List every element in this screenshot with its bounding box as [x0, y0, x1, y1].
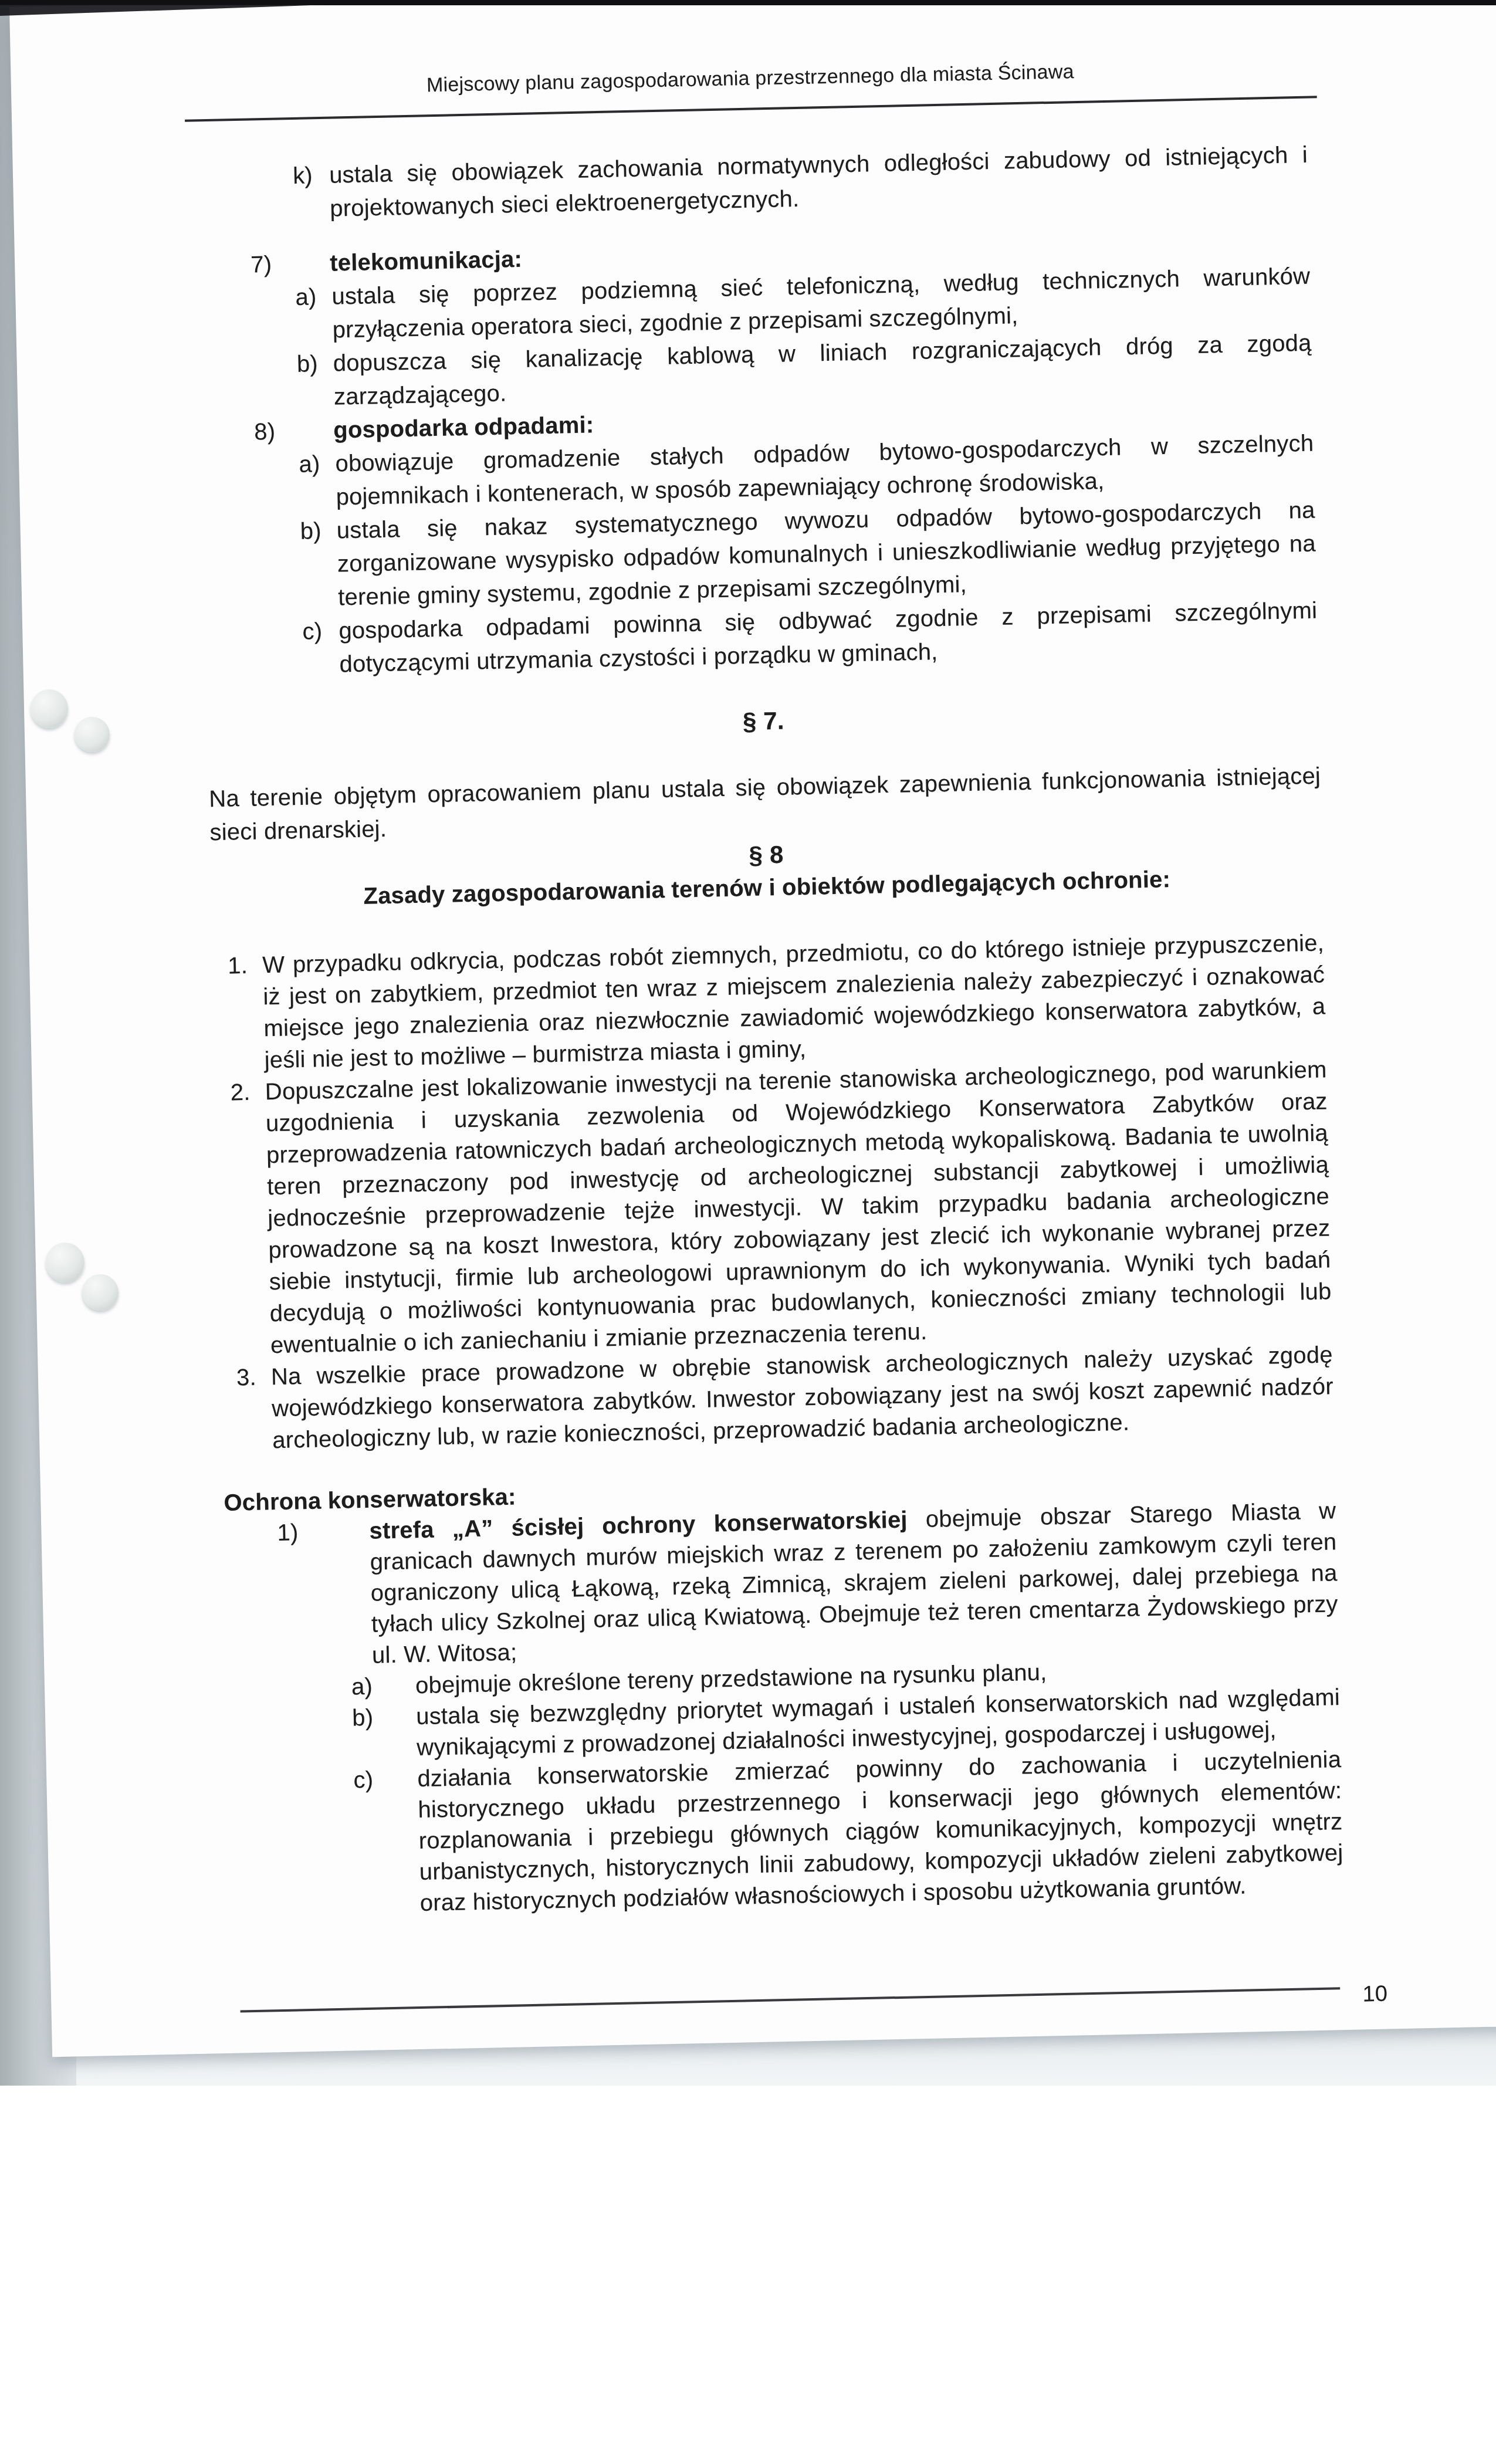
list-item-text: W przypadku odkrycia, podczas robót ziem…	[262, 930, 1326, 1073]
list-marker: 8)	[254, 415, 276, 449]
list-marker: c)	[353, 1765, 374, 1796]
section-7-heading: § 7.	[207, 693, 1319, 750]
list-item-text: ustala się nakaz systematycznego wywozu …	[336, 497, 1316, 611]
page-content: Miejscowy planu zagospodarowania przestr…	[192, 0, 1347, 2046]
punch-hole-blob	[31, 689, 68, 728]
list-marker: 7)	[251, 248, 272, 282]
list-item-text: Dopuszczalne jest lokalizowanie inwestyc…	[265, 1057, 1331, 1358]
footer-rule	[241, 1987, 1341, 2012]
scan-top-edge	[0, 0, 1496, 5]
list-marker: b)	[352, 1703, 374, 1734]
punch-hole-blob	[75, 717, 110, 752]
list-marker: 3.	[236, 1362, 256, 1394]
punch-hole-blob	[82, 1274, 119, 1311]
list-item-text: Na wszelkie prace prowadzone w obrębie s…	[271, 1342, 1334, 1453]
header-underline	[185, 96, 1317, 121]
list-item-k: k) ustala się obowiązek zachowania norma…	[196, 138, 1309, 229]
page-footer: 10	[235, 1987, 1347, 2046]
punch-hole-blob	[46, 1243, 84, 1282]
list-item-heading: gospodarka odpadami:	[333, 412, 594, 443]
screenshot-canvas: Miejscowy planu zagospodarowania przestr…	[0, 0, 1496, 2464]
running-header-title: Miejscowy planu zagospodarowania przestr…	[184, 53, 1316, 103]
numbered-item-2: 2. Dopuszczalne jest lokalizowanie inwes…	[215, 1054, 1332, 1362]
list-item-text: działania konserwatorskie zmierzać powin…	[417, 1747, 1343, 1916]
page-number: 10	[1362, 1981, 1388, 2008]
list-item-heading: telekomunikacja:	[330, 246, 523, 276]
numbered-item-1: 1. W przypadku odkrycia, podczas robót z…	[212, 927, 1326, 1077]
list-marker: 2.	[230, 1077, 251, 1109]
list-marker: a)	[295, 280, 317, 314]
zone-a-sub-c: c) działania konserwatorskie zmierzać po…	[229, 1744, 1344, 1923]
list-marker: 1)	[277, 1517, 299, 1549]
list-marker: b)	[300, 515, 321, 549]
list-marker: k)	[293, 159, 313, 193]
list-marker: a)	[351, 1671, 373, 1703]
section-8-list: 1. W przypadku odkrycia, podczas robót z…	[212, 927, 1335, 1457]
list-item-text: ustala się obowiązek zachowania normatyw…	[329, 142, 1308, 222]
document-page: Miejscowy planu zagospodarowania przestr…	[9, 0, 1496, 2057]
list-marker: 1.	[228, 950, 248, 982]
list-marker: b)	[296, 347, 318, 381]
list-marker: a)	[299, 448, 320, 482]
list-marker: c)	[302, 615, 323, 649]
zone-a-item: 1) strefa „A” ścisłej ochrony konserwato…	[224, 1495, 1339, 1674]
scanned-page-image: Miejscowy planu zagospodarowania przestr…	[0, 0, 1496, 2086]
